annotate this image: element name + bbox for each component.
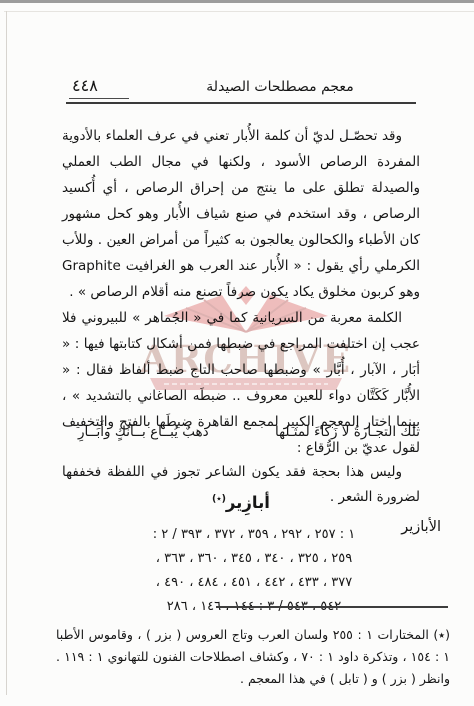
- index-line: ١ : ٢٥٧ ، ٢٩٢ ، ٣٥٩ ، ٣٧٢ ، ٣٩٣ / ٢ :: [145, 523, 363, 547]
- footnote-divider: [216, 606, 448, 608]
- body-paragraph-1: وقد تحصّـل لديّ أن كلمة الأُبار تعني في …: [62, 123, 420, 305]
- verse-hemistich-left: ذهبٌ يُبــاع بــآنُكٍ وأَبَــارِ: [78, 420, 209, 444]
- page-edge-left: [6, 11, 7, 695]
- footnote: (٭) المختارات ١ : ٢٥٥ ولسان العرب وتاج ا…: [56, 624, 450, 690]
- page-number: ٤٤٨: [72, 76, 98, 95]
- entry-heading: أبازِير(٭): [62, 493, 420, 512]
- footnote-marker: (٭): [433, 627, 450, 642]
- header-rule: [66, 102, 416, 104]
- verse-hemistich-right: تلكَ التجـارةُ لا زَكاءَ لمثـلها: [275, 420, 420, 444]
- scanned-book-page: ٤٤٨ معجم مصطلحات الصيدلة وقد تحصّـل لديّ…: [0, 0, 474, 706]
- index-page-references: ١ : ٢٥٧ ، ٢٩٢ ، ٣٥٩ ، ٣٧٢ ، ٣٩٣ / ٢ : ٢٥…: [145, 523, 363, 619]
- footnote-text: المختارات ١ : ٢٥٥ ولسان العرب وتاج العرو…: [56, 627, 450, 686]
- index-line: ٣٧٧ ، ٤٣٣ ، ٤٤٢ ، ٤٥١ ، ٤٨٤ ، ٤٩٠ ،: [145, 571, 363, 595]
- page-number-rule: [69, 98, 129, 99]
- running-header-title: معجم مصطلحات الصيدلة: [205, 79, 355, 95]
- poetry-verse: تلكَ التجـارةُ لا زَكاءَ لمثـلها ذهبٌ يُ…: [78, 420, 420, 444]
- footnote-reference-marker: (٭): [212, 494, 226, 505]
- entry-headword: أبازِير: [226, 493, 270, 512]
- page-edge-top: [4, 11, 474, 12]
- index-line: ٢٥٩ ، ٣٢٥ ، ٣٤٠ ، ٣٤٥ ، ٣٦٠ ، ٣٦٣ ،: [145, 547, 363, 571]
- margin-headword: الأبازير: [401, 519, 441, 535]
- scan-top-band: [0, 0, 474, 3]
